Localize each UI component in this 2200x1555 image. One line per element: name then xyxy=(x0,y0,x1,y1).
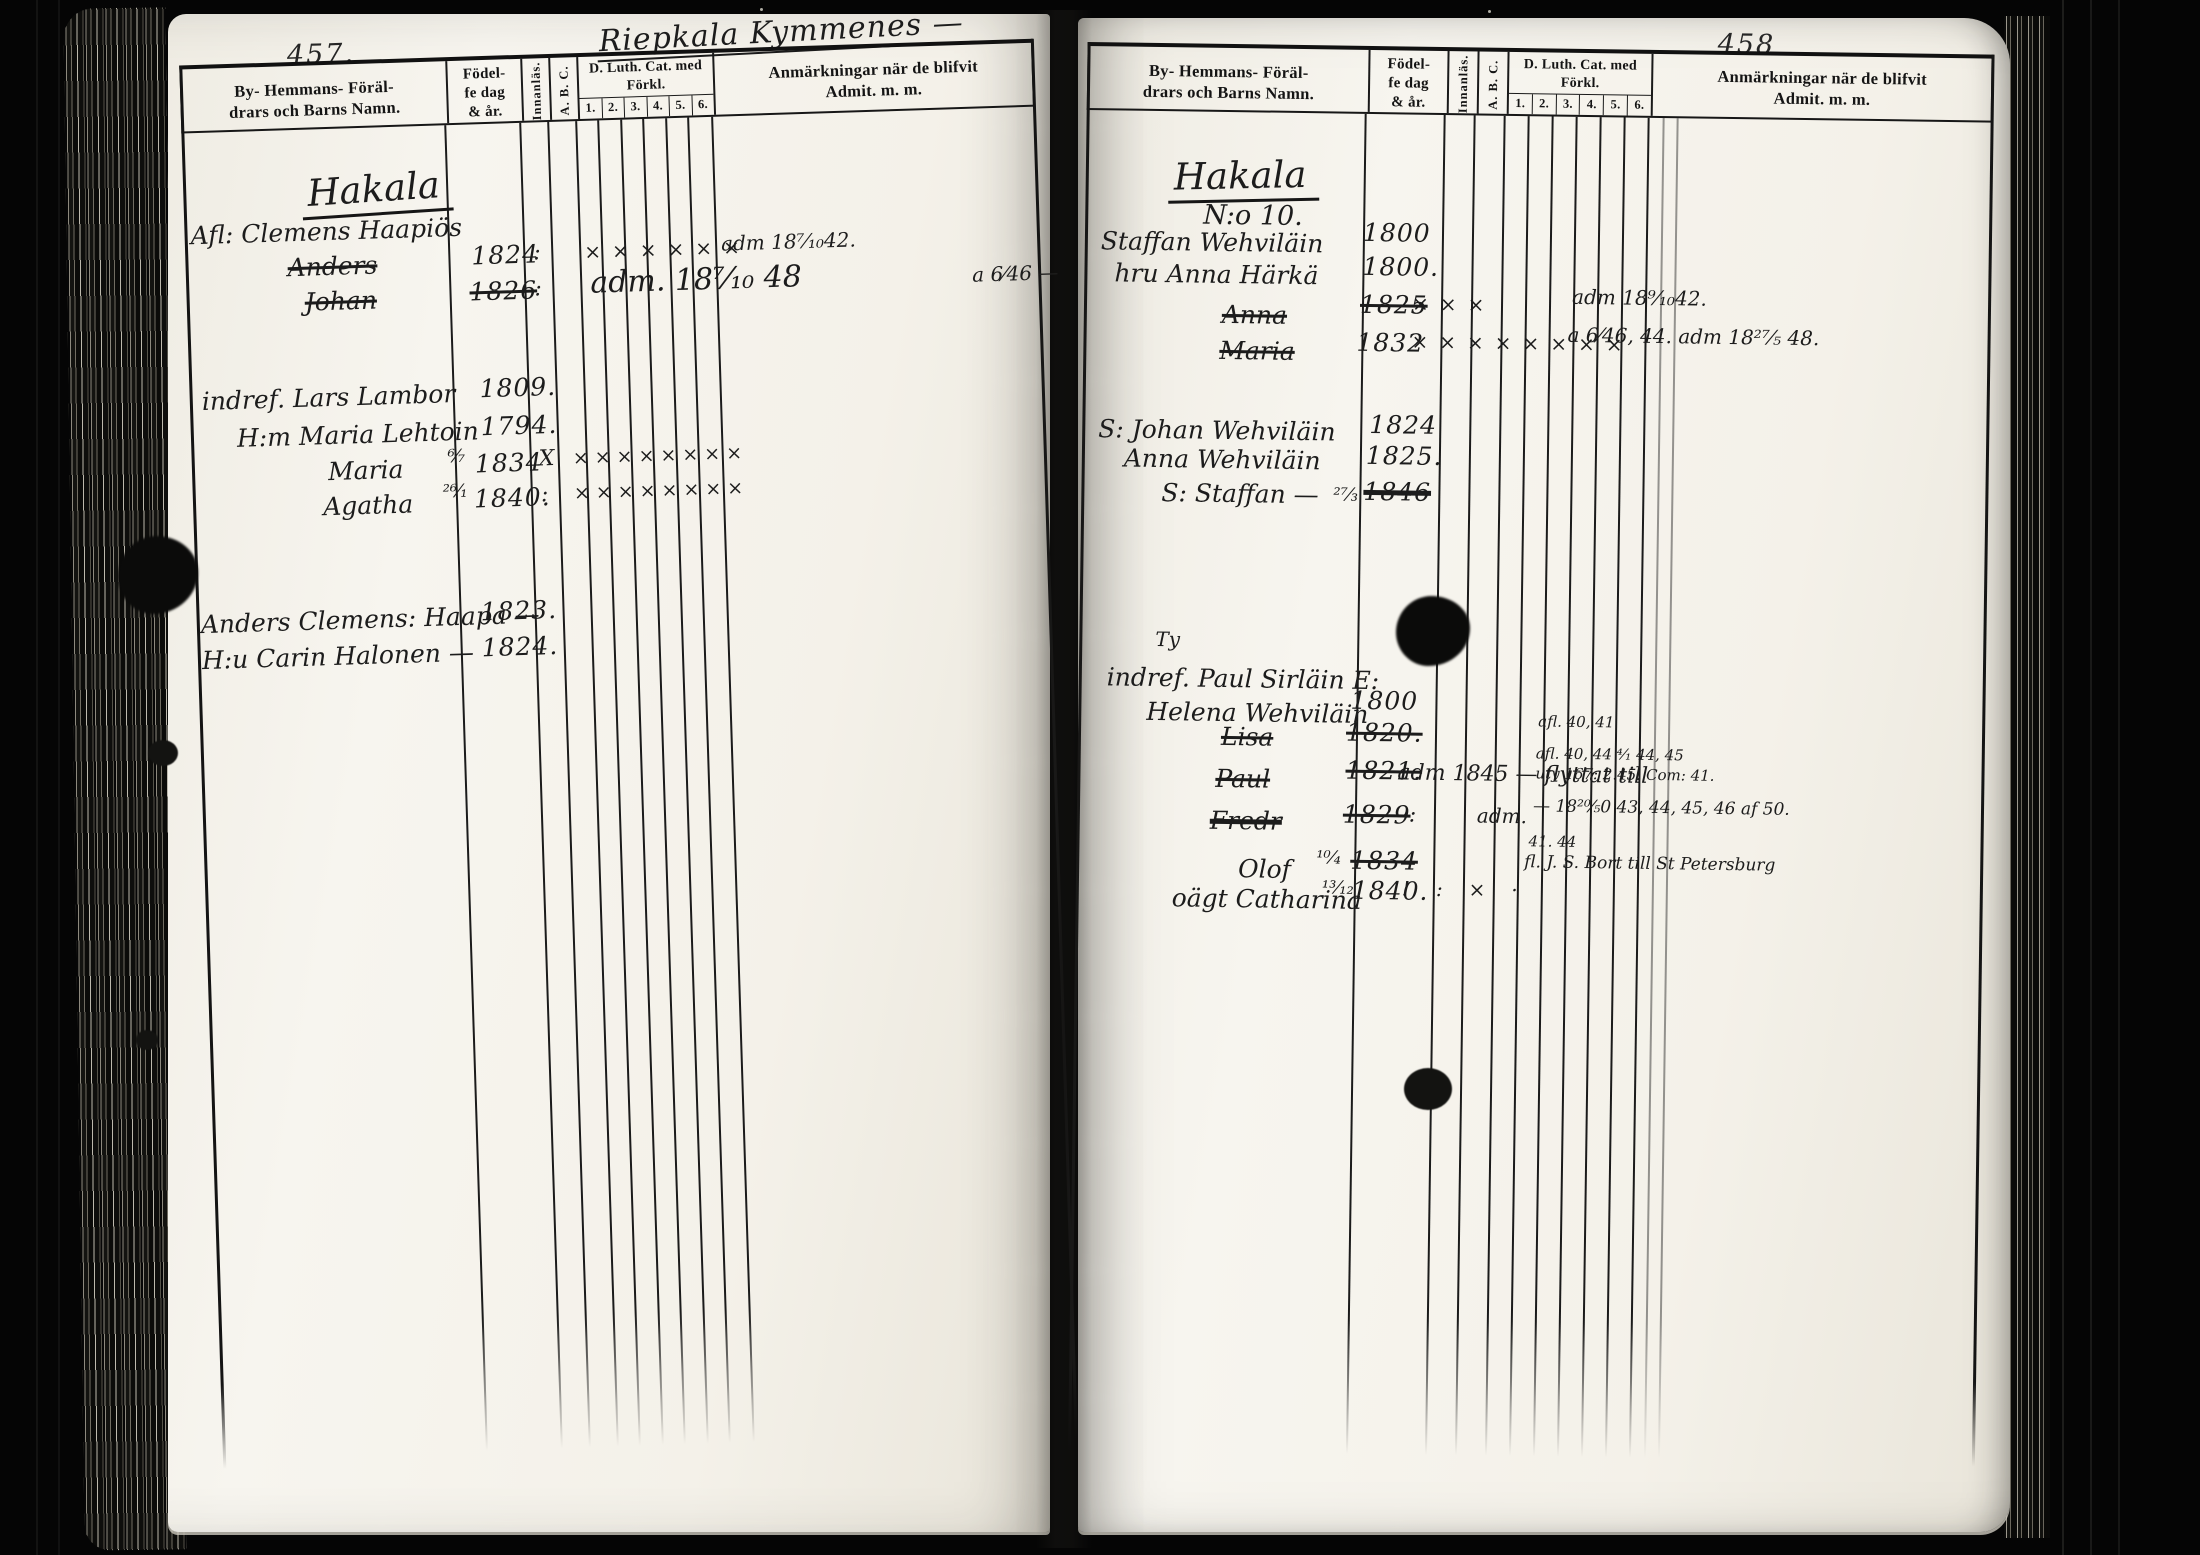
entry-name: Maria xyxy=(328,455,404,486)
film-streak xyxy=(36,0,38,1555)
header-remarks-column: Anmärkningar när de blifvit Admit. m. m. xyxy=(712,43,1033,115)
header-innanlas-label: Innanläs. xyxy=(1455,54,1472,113)
entry-admission-note: adm. 18⁷⁄₁₀ 48 xyxy=(590,259,803,301)
entry-name: Anna Wehviläin xyxy=(1124,444,1321,476)
section-heading: Hakala xyxy=(1167,153,1319,204)
entry-name: Paul xyxy=(1215,764,1270,794)
entry-birth-year: 1800 xyxy=(1350,686,1418,716)
entry-name: indref. Paul Sirläin E: xyxy=(1107,662,1380,695)
header-cat-line1: D. Luth. Cat. med xyxy=(1509,56,1651,75)
entry-name: S: Johan Wehviläin xyxy=(1098,414,1336,446)
entry-remark: fl. J. S. Bort till St Petersburg xyxy=(1524,852,1775,876)
entry-birth-date: ¹³⁄₁₂ xyxy=(1322,877,1354,898)
entry-name: S: Staffan — xyxy=(1161,478,1319,509)
header-abc-column: A. B. C. xyxy=(548,57,578,120)
entry-birth-year: 1840. xyxy=(474,482,551,513)
dust-speck xyxy=(1488,10,1491,13)
header-birth-line2: fe dag xyxy=(1370,74,1447,94)
header-birth-column: Födel- fe dag & år. xyxy=(445,59,522,123)
entry-name: hru Anna Härkä xyxy=(1114,258,1318,290)
entry-remark: 41. 44 xyxy=(1528,832,1576,851)
entry-birth-year: 1834 xyxy=(474,447,543,478)
entry-name: Anna xyxy=(1222,300,1288,330)
film-streak xyxy=(2118,0,2120,1555)
column-rule xyxy=(1972,55,1995,1467)
column-rule xyxy=(687,118,730,1443)
ink-blot xyxy=(148,740,178,766)
table-header: By- Hemmans- Föräl- drars och Barns Namn… xyxy=(1087,42,1994,123)
entry-remark: adm. xyxy=(1477,804,1527,829)
right-page-sheet: 458 By- Hemmans- Föräl- drars och Barns … xyxy=(1057,18,2010,1545)
left-page: 457. Riepkala Kymmenes — By- Hemmans- Fö… xyxy=(168,14,1050,1532)
entry-birth-year: 1824 xyxy=(471,239,540,270)
entry-innanlas-mark: X xyxy=(538,446,554,471)
header-abc-label: A. B. C. xyxy=(1485,55,1502,114)
column-rule xyxy=(620,120,663,1445)
entry-birth-year: 1825. xyxy=(1366,441,1443,471)
entry-birth-year: 1829 xyxy=(1343,800,1411,830)
header-abc-column: A. B. C. xyxy=(1477,51,1508,113)
entry-remark: uty 167: 2.45: Com: 41. xyxy=(1535,764,1714,784)
entry-birth-date: ²⁷⁄₃ xyxy=(1333,484,1358,505)
entry-name: Fredr xyxy=(1210,806,1282,836)
cat-col-4: 4. xyxy=(1579,95,1603,115)
entry-name: Agatha xyxy=(323,489,414,521)
entry-remark: adm 18⁷⁄₁₀42. xyxy=(721,227,856,255)
entry-innanlas-mark: : xyxy=(534,276,542,301)
entry-name: Maria xyxy=(1219,336,1295,366)
header-innanlas-column: Innanläs. xyxy=(520,58,550,121)
column-rule xyxy=(519,123,562,1448)
cat-col-2: 2. xyxy=(601,98,624,119)
entry-birth-year: 1826 xyxy=(469,275,538,306)
entry-name: Afl: Clemens Haapiös xyxy=(190,213,462,251)
entry-birth-date: ²⁶⁄₁ xyxy=(442,481,467,503)
entry-name: Anders xyxy=(287,250,378,282)
entry-remark: a 6⁄46, 44. adm 18²⁷⁄₅ 48. xyxy=(1567,323,1819,351)
entry-birth-year: 1800 xyxy=(1363,218,1431,248)
column-rule xyxy=(179,65,226,1468)
column-rule xyxy=(711,117,754,1442)
header-names-line2: drars och Barns Namn. xyxy=(1089,80,1368,105)
header-remarks-column: Anmärkningar när de blifvit Admit. m. m. xyxy=(1651,54,1992,121)
ink-blot xyxy=(1404,1068,1452,1110)
scanned-book-spread: 457. Riepkala Kymmenes — By- Hemmans- Fö… xyxy=(0,0,2200,1555)
header-birth-line1: Födel- xyxy=(1370,55,1447,75)
binding-gutter-shadow xyxy=(1036,10,1092,1548)
entry-birth-year: 1846 xyxy=(1363,477,1431,507)
page-edge-texture-right xyxy=(2004,16,2050,1538)
entry-name: Johan xyxy=(304,285,377,316)
entry-birth-date: ⁶⁄₇ xyxy=(447,446,465,468)
entry-remark: afl. 40, 41 xyxy=(1538,712,1614,731)
entry-birth-year: 1794. xyxy=(480,410,557,441)
cat-col-3: 3. xyxy=(623,97,646,118)
entry-birth-year: 1824. xyxy=(481,631,558,662)
column-rule xyxy=(444,125,487,1450)
header-birth-line3: & år. xyxy=(449,102,523,123)
entry-innanlas-mark: : xyxy=(533,240,541,265)
entry-innanlas-mark: : xyxy=(541,482,549,507)
entry-innanlas-mark: : xyxy=(1409,803,1417,828)
section-heading: Hakala xyxy=(300,162,454,220)
left-page-sheet: 457. Riepkala Kymmenes — By- Hemmans- Fö… xyxy=(168,10,1097,1555)
header-names-column: By- Hemmans- Föräl- drars och Barns Namn… xyxy=(181,61,447,131)
header-cat-numbers: 1. 2. 3. 4. 5. 6. xyxy=(579,94,714,119)
cat-col-5: 5. xyxy=(1603,95,1627,115)
header-innanlas-label: Innanläs. xyxy=(527,61,545,121)
entry-birth-year: 1800. xyxy=(1362,252,1439,282)
header-birth-column: Födel- fe dag & år. xyxy=(1368,50,1448,113)
ink-blot xyxy=(136,1030,158,1050)
cat-col-1: 1. xyxy=(579,98,601,119)
header-innanlas-column: Innanläs. xyxy=(1447,51,1478,113)
entry-name: H:u Carin Halonen — xyxy=(201,638,474,676)
entry-cat-marks: !:×· xyxy=(1402,876,1544,902)
cat-col-2: 2. xyxy=(1532,94,1556,114)
entry-birth-date: ¹⁰⁄₄ xyxy=(1316,847,1341,868)
entry-name: H:m Maria Lehtoin xyxy=(237,416,480,453)
header-catechism-column: D. Luth. Cat. med Förkl. 1. 2. 3. 4. 5. … xyxy=(1507,52,1652,116)
film-streak xyxy=(58,0,60,1555)
cat-col-6: 6. xyxy=(691,95,714,116)
header-birth-line1: Födel- xyxy=(447,64,521,85)
header-remarks-line2: Admit. m. m. xyxy=(1653,86,1991,112)
right-page: 458 By- Hemmans- Föräl- drars och Barns … xyxy=(1078,18,2010,1532)
header-cat-line2: Förkl. xyxy=(1509,73,1651,92)
entry-remark: — 18²⁰⁄₅0 43, 44, 45, 46 af 50. xyxy=(1533,796,1790,820)
header-birth-line3: & år. xyxy=(1370,93,1447,113)
film-streak xyxy=(2090,0,2092,1555)
column-rule xyxy=(597,120,640,1445)
entry-cat-marks: ××× xyxy=(1412,292,1496,317)
margin-note: Ty xyxy=(1155,627,1180,651)
entry-remark: adm 18⁹⁄₁₀42. xyxy=(1572,285,1707,311)
cat-col-1: 1. xyxy=(1509,94,1532,114)
entry-name: Staffan Wehviläin xyxy=(1101,226,1324,258)
entry-name: indref. Lars Lambor xyxy=(201,379,455,416)
cat-col-4: 4. xyxy=(646,96,669,117)
entry-name: Lisa xyxy=(1221,722,1274,752)
entry-birth-year: 1834 xyxy=(1350,846,1418,876)
entry-birth-year: 1824 xyxy=(1369,410,1437,440)
entry-birth-year: 1809. xyxy=(479,372,556,403)
cat-col-6: 6. xyxy=(1627,96,1651,116)
entry-birth-year: 1823. xyxy=(480,595,557,626)
film-streak xyxy=(2062,0,2064,1555)
header-abc-label: A. B. C. xyxy=(555,60,573,120)
column-rule xyxy=(642,119,685,1444)
entry-birth-year: 1820. xyxy=(1346,718,1423,748)
header-birth-line2: fe dag xyxy=(448,83,522,104)
header-names-column: By- Hemmans- Föräl- drars och Barns Namn… xyxy=(1089,46,1369,112)
entry-name: Olof xyxy=(1238,854,1291,884)
dust-speck xyxy=(760,8,763,11)
cat-col-3: 3. xyxy=(1555,95,1579,115)
header-catechism-column: D. Luth. Cat. med Förkl. 1. 2. 3. 4. 5. … xyxy=(576,53,714,119)
cat-col-5: 5. xyxy=(668,95,691,116)
header-cat-numbers: 1. 2. 3. 4. 5. 6. xyxy=(1509,93,1651,116)
entry-remark: afl. 40, 44 ⁴⁄₁ 44, 45 xyxy=(1536,744,1684,764)
column-rule xyxy=(665,118,708,1443)
